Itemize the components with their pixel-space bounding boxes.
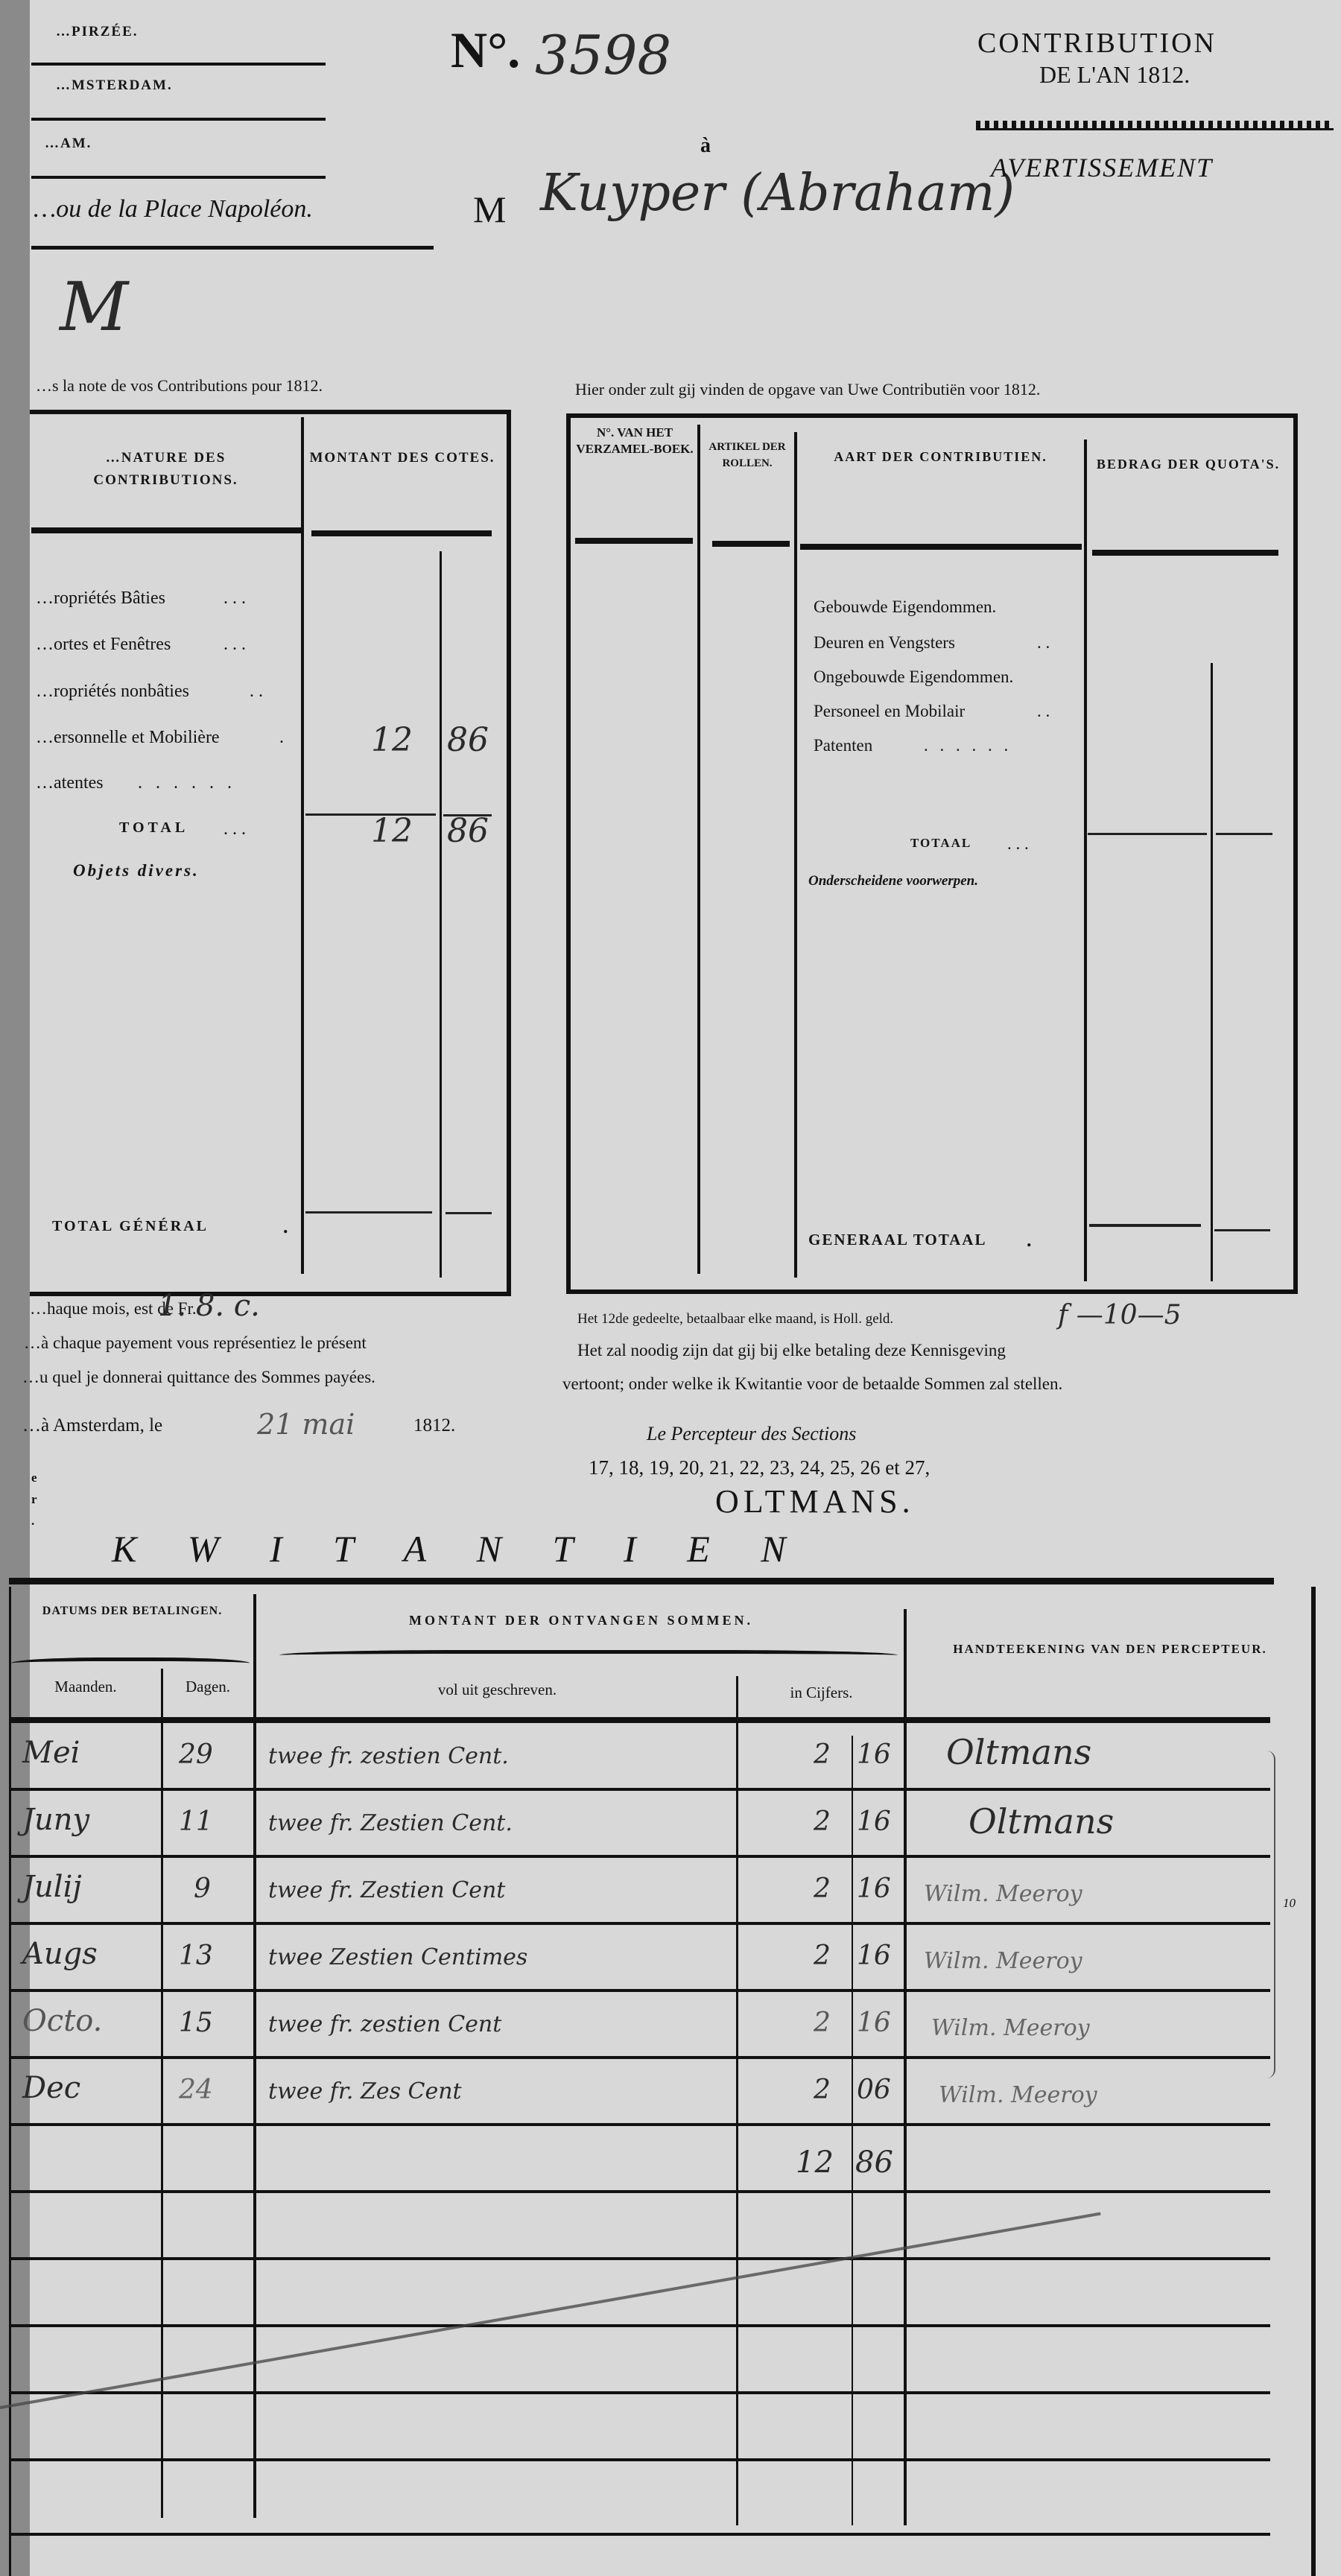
total-cents: 86 <box>447 812 489 850</box>
header-left-line-2: …MSTERDAM. <box>56 77 173 94</box>
amount-cents: 86 <box>447 721 489 759</box>
header-underline <box>712 541 790 547</box>
dutch-table-intro: Hier onder zult gij vinden de opgave van… <box>575 380 1040 399</box>
grand-total-rule <box>1214 1229 1270 1231</box>
collector-title: Le Percepteur des Sections <box>647 1423 856 1445</box>
row-dots: . . . <box>223 589 246 609</box>
row-label: …atentes <box>36 773 104 793</box>
header-underline <box>800 544 1082 550</box>
receipt-month: Juny <box>22 1803 89 1837</box>
row-dots: . . <box>1037 702 1050 721</box>
receipt-written: twee fr. Zes Cent <box>268 2078 462 2104</box>
divider <box>31 118 326 121</box>
header-verzamelboek: N°. VAN HET VERZAMEL-BOEK. <box>575 425 694 457</box>
header-montant: MONTANT DER ONTVANGEN SOMMEN. <box>261 1613 901 1628</box>
row-label: Personeel en Mobilair <box>814 702 965 721</box>
header-handteekening: HANDTEEKENING VAN DEN PERCEPTEUR. <box>916 1639 1304 1659</box>
row-label: Ongebouwde Eigendommen. <box>814 667 1013 687</box>
subheader-maanden: Maanden. <box>11 1678 160 1696</box>
header-underline <box>31 527 301 533</box>
recipient-name: Kuyper (Abraham) <box>540 164 1015 223</box>
header-underline <box>311 530 492 536</box>
table-column-divider <box>1084 440 1087 1281</box>
row-rule <box>11 2056 1270 2059</box>
row-rule <box>11 2391 1270 2394</box>
header-nature: …NATURE DES CONTRIBUTIONS. <box>37 447 294 492</box>
monthly-amount-guilders: f —10—5 <box>1058 1300 1181 1330</box>
subheader-vol-uit: vol uit geschreven. <box>261 1681 734 1699</box>
subheader-cijfers: in Cijfers. <box>741 1684 901 1702</box>
place-date-year: 1812. <box>413 1415 455 1436</box>
row-dots: . . . . . . <box>924 736 1012 755</box>
header-aart: AART DER CONTRIBUTIEN. <box>801 447 1080 467</box>
receipt-month: Augs <box>22 1937 98 1971</box>
table-column-divider <box>794 432 797 1278</box>
number-label: N°. <box>451 21 520 80</box>
receipt-day: 24 <box>179 2075 213 2105</box>
row-dots: . <box>279 728 284 748</box>
total-rule <box>1088 833 1207 835</box>
cents-column-divider <box>1211 663 1213 1281</box>
receipt-cents: 16 <box>857 1806 891 1837</box>
margin-fragment: r <box>31 1489 37 1511</box>
receipt-francs: 2 <box>814 1874 831 1904</box>
col-divider-month-day <box>161 1669 163 2518</box>
totaal-dots: . . . <box>1007 834 1029 854</box>
row-label: Patenten <box>814 736 872 755</box>
row-rule <box>11 2190 1270 2193</box>
right-border <box>1311 1587 1316 2576</box>
grand-total-rule <box>1089 1224 1201 1227</box>
receipt-written: twee fr. Zestien Cent <box>268 1877 505 1903</box>
row-label: …ropriétés nonbâties <box>36 682 189 702</box>
receipt-written: twee fr. zestien Cent <box>268 2011 501 2037</box>
document-number: 3598 <box>535 24 671 86</box>
receipt-cents: 16 <box>857 1941 891 1971</box>
row-dots: . . <box>250 682 263 702</box>
row-rule <box>11 2324 1270 2327</box>
french-table-intro: …s la note de vos Contributions pour 181… <box>36 376 323 396</box>
row-label: …ropriétés Bâties <box>36 589 165 609</box>
divider <box>31 63 326 66</box>
total-dots: . . . <box>223 819 246 840</box>
brace-amount <box>279 1650 898 1667</box>
row-rule <box>11 1989 1270 1992</box>
row-dots: . . . <box>223 635 246 655</box>
row-dots: . . . . . . <box>138 773 236 793</box>
row-label: Deuren en Vengsters <box>814 633 955 653</box>
header-left-line-3: …AM. <box>45 136 92 152</box>
header-montant: MONTANT DES COTES. <box>309 447 495 469</box>
notice-fr-line-3: …u quel je donnerai quittance des Sommes… <box>22 1368 375 1387</box>
notice-fr-line-2: …à chaque payement vous représentiez le … <box>24 1333 367 1353</box>
title-year: DE L'AN 1812. <box>1039 61 1190 89</box>
receipt-day: 29 <box>179 1739 213 1770</box>
receipts-title: K W I T A N T I E N <box>112 1527 807 1570</box>
margin-note: 10 <box>1283 1896 1296 1911</box>
total-label: TOTAL <box>119 819 188 837</box>
row-label: …ersonnelle et Mobilière <box>36 728 220 748</box>
amount-francs: 12 <box>371 721 413 759</box>
cents-column-divider <box>440 551 442 1278</box>
onderscheidene-label: Onderscheidene voorwerpen. <box>808 873 978 889</box>
monthly-amount-francs: 1. 8. c. <box>158 1289 260 1323</box>
receipt-cents: 06 <box>857 2075 891 2105</box>
header-underline <box>1092 550 1278 556</box>
notice-nl-line-1: Het 12de gedeelte, betaalbaar elke maand… <box>577 1311 893 1327</box>
receipt-francs: 2 <box>814 1739 831 1770</box>
total-rule <box>1216 833 1272 835</box>
row-rule <box>11 1855 1270 1858</box>
header-bedrag: BEDRAG DER QUOTA'S. <box>1095 454 1281 475</box>
receipt-francs: 2 <box>814 2075 831 2105</box>
grand-total-rule <box>446 1212 492 1214</box>
subheader-rule <box>11 1717 1270 1723</box>
generaal-totaal-label: GENERAAL TOTAAL <box>808 1231 986 1249</box>
receipt-signature: Wilm. Meeroy <box>924 1948 1082 1974</box>
receipt-day: 15 <box>179 2008 213 2038</box>
grand-total-dot: . <box>283 1216 288 1238</box>
receipt-written: twee Zestien Centimes <box>268 1944 527 1970</box>
receipt-month: Julij <box>22 1870 82 1904</box>
wavy-divider <box>976 121 1334 130</box>
receipt-signature: Wilm. Meeroy <box>924 1881 1082 1907</box>
receipt-francs: 2 <box>814 2008 831 2038</box>
handwritten-date: 21 mai <box>257 1408 355 1441</box>
handwritten-initial: M <box>60 268 128 346</box>
receipt-francs: 2 <box>814 1941 831 1971</box>
receipt-day: 11 <box>179 1806 213 1837</box>
subheader-dagen: Dagen. <box>164 1678 252 1696</box>
row-dots: . . <box>1037 633 1050 653</box>
receipt-francs: 2 <box>814 1806 831 1837</box>
row-rule <box>11 1788 1270 1791</box>
row-label: Gebouwde Eigendommen. <box>814 597 996 617</box>
margin-fragment: . <box>31 1511 37 1532</box>
a-label: à <box>700 134 711 158</box>
col-divider-francs-cents <box>852 1736 853 2525</box>
receipt-day: 9 <box>194 1874 211 1904</box>
divider <box>31 176 326 179</box>
row-rule <box>11 2123 1270 2126</box>
collector-name: OLTMANS. <box>715 1482 915 1520</box>
margin-fragments: e r . <box>31 1468 37 1532</box>
brace-date <box>11 1657 250 1672</box>
signature-bracket <box>1266 1751 1275 2078</box>
receipts-total-francs: 12 <box>796 2145 834 2180</box>
notice-nl-line-2: Het zal noodig zijn dat gij bij elke bet… <box>577 1341 1006 1360</box>
header-underline <box>575 538 693 544</box>
receipt-signature: Oltmans <box>946 1732 1091 1772</box>
header-left-line-1: …PIRZÉE. <box>56 24 139 40</box>
place-date-prefix: …à Amsterdam, le <box>22 1415 162 1436</box>
row-rule <box>11 2458 1270 2461</box>
receipt-signature: Wilm. Meeroy <box>931 2015 1090 2041</box>
row-rule <box>11 2257 1270 2260</box>
objets-divers-label: Objets divers. <box>73 861 200 881</box>
receipt-signature: Wilm. Meeroy <box>939 2082 1097 2108</box>
grand-total-label: TOTAL GÉNÉRAL <box>52 1218 209 1235</box>
subtitle-avertissement: AVERTISSEMENT <box>991 152 1213 183</box>
header-datums: DATUMS DER BETALINGEN. <box>11 1602 253 1621</box>
col-divider-amount-signature <box>904 1609 907 2525</box>
receipt-month: Mei <box>22 1736 80 1770</box>
col-divider-written-figures <box>736 1676 738 2525</box>
receipt-day: 13 <box>179 1941 213 1971</box>
header-artikel: ARTIKEL DER ROLLEN. <box>702 440 793 472</box>
margin-fragment: e <box>31 1468 37 1489</box>
generaal-totaal-dot: . <box>1027 1229 1032 1251</box>
receipt-month: Octo. <box>22 2004 102 2038</box>
divider <box>31 246 434 250</box>
place-napoleon-line: …ou de la Place Napoléon. <box>34 195 313 223</box>
receipts-total-cents: 86 <box>855 2145 893 2180</box>
receipt-cents: 16 <box>857 1739 891 1770</box>
total-francs: 12 <box>371 812 413 850</box>
table-column-divider <box>697 425 700 1274</box>
title-contribution: CONTRIBUTION <box>977 27 1217 60</box>
receipt-written: twee fr. Zestien Cent. <box>268 1810 513 1836</box>
notice-nl-line-3: vertoont; onder welke ik Kwitantie voor … <box>562 1374 1062 1394</box>
collector-sections: 17, 18, 19, 20, 21, 22, 23, 24, 25, 26 e… <box>589 1456 930 1479</box>
row-label: …ortes et Fenêtres <box>36 635 171 655</box>
row-rule <box>11 1922 1270 1925</box>
receipts-top-rule <box>9 1578 1274 1584</box>
grand-total-rule <box>305 1211 432 1214</box>
receipt-month: Dec <box>22 2071 80 2105</box>
receipt-signature: Oltmans <box>968 1801 1114 1841</box>
table-column-divider <box>301 417 304 1274</box>
receipt-cents: 16 <box>857 2008 891 2038</box>
receipt-written: twee fr. zestien Cent. <box>268 1743 509 1769</box>
m-label: M <box>473 188 506 231</box>
totaal-label: TOTAAL <box>910 836 971 851</box>
left-border <box>9 1587 11 2576</box>
row-rule <box>11 2533 1270 2536</box>
receipt-cents: 16 <box>857 1874 891 1904</box>
